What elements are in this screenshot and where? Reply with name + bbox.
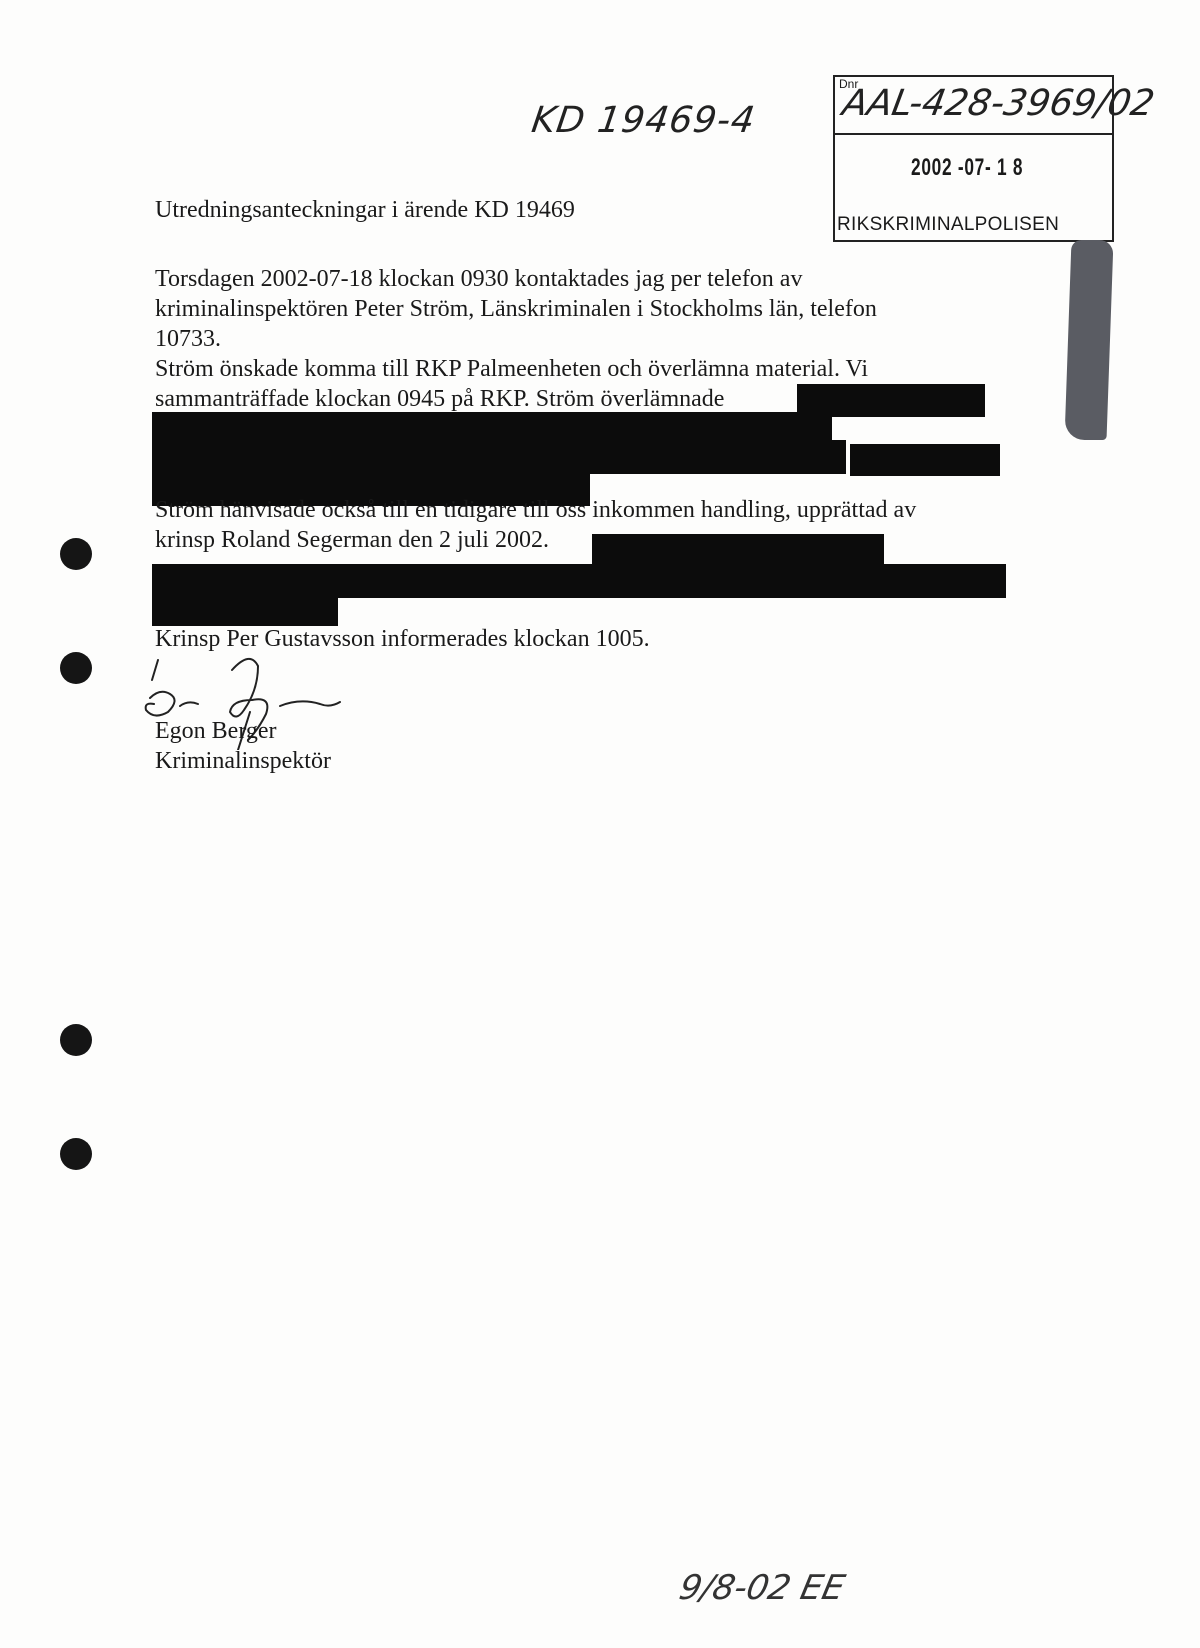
handwritten-case-reference: KD 19469-4 — [529, 100, 758, 141]
punch-hole — [60, 652, 92, 684]
stamp-organization: RIKSKRIMINALPOLISEN — [837, 214, 1059, 236]
document-title: Utredningsanteckningar i ärende KD 19469 — [155, 197, 575, 224]
stamp-date: 2002 -07- 1 8 — [911, 154, 1023, 182]
signer-name: Egon Berger — [155, 716, 331, 746]
signature-block: Egon Berger Kriminalinspektör — [155, 716, 331, 776]
redaction-block — [152, 440, 846, 474]
paragraph-informed: Krinsp Per Gustavsson informerades klock… — [155, 626, 650, 653]
redaction-block — [592, 534, 884, 566]
text-line: Ström önskade komma till RKP Palmeenhete… — [155, 354, 1015, 384]
redaction-block — [152, 564, 1006, 598]
stamp-dnr-number: AAL-428-3969/02 — [839, 83, 1157, 124]
redaction-block — [152, 596, 338, 626]
text-line: krinsp Roland Segerman den 2 juli 2002. — [155, 525, 1015, 555]
text-line: Ström hänvisade också till en tidigare t… — [155, 495, 1015, 525]
text-line: Torsdagen 2002-07-18 klockan 0930 kontak… — [155, 264, 1015, 294]
stamp-divider — [835, 133, 1112, 135]
redaction-block — [152, 412, 832, 442]
redaction-block — [850, 444, 1000, 476]
handwritten-footer-note: 9/8-02 EE — [676, 1568, 849, 1608]
punch-hole — [60, 538, 92, 570]
registration-stamp: Dnr AAL-428-3969/02 2002 -07- 1 8 RIKSKR… — [833, 75, 1114, 242]
punch-hole — [60, 1024, 92, 1056]
paragraph-reference: Ström hänvisade också till en tidigare t… — [155, 495, 1015, 555]
text-line: kriminalinspektören Peter Ström, Länskri… — [155, 294, 1015, 324]
text-line: 10733. — [155, 324, 1015, 354]
punch-hole — [60, 1138, 92, 1170]
signer-role: Kriminalinspektör — [155, 746, 331, 776]
highlighter-mark — [1065, 240, 1114, 440]
